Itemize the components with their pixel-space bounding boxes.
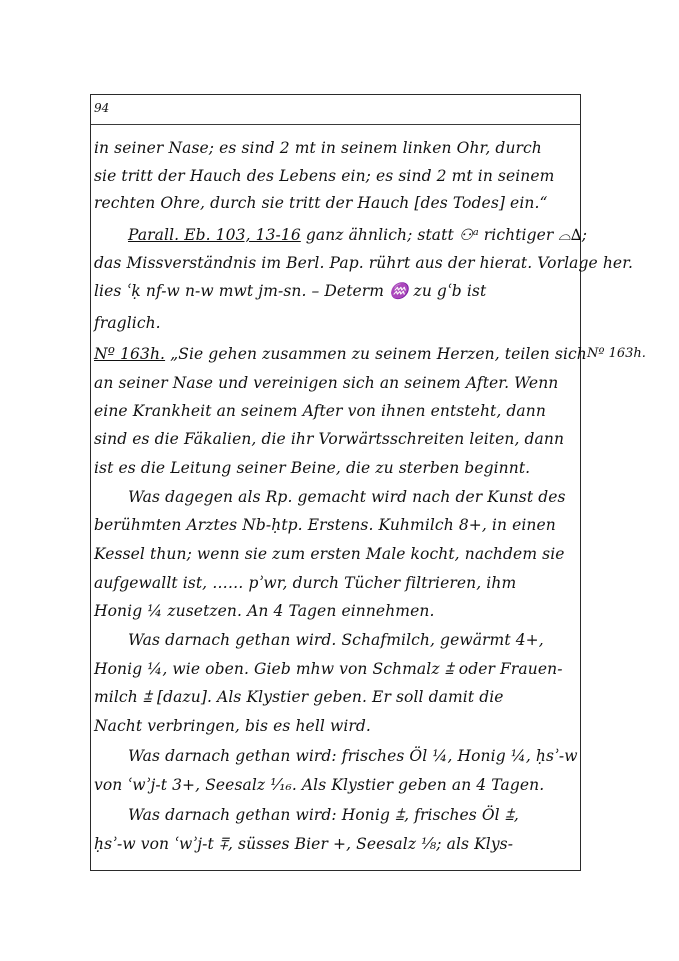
text-line: Was darnach gethan wird. Schafmilch, gew… [128,630,544,650]
text-line: milch ⩲ [dazu]. Als Klystier geben. Er s… [94,687,504,707]
text-line: von ʿwʾj-t 3+, Seesalz ¹⁄₁₆. Als Klystie… [94,775,544,795]
section-number: Nº 163h. [94,345,165,363]
text-line: ist es die Leitung seiner Beine, die zu … [94,458,530,478]
text-line: das Missverständnis im Berl. Pap. rührt … [94,253,633,273]
page-number: 94 [94,101,109,115]
page-header: 94 [91,95,580,125]
text-line: lies ʿḳ nf-w n-w mwt jm-sn. – Determ ♒ … [94,281,486,301]
text-line: rechten Ohre, durch sie tritt der Hauch … [94,193,548,213]
text-line: fraglich. [94,313,161,333]
text-line: eine Krankheit an seinem After von ihnen… [94,401,546,421]
margin-note: Nº 163h. [587,346,646,361]
text-line: Was darnach gethan wird: Honig ⩲, frisch… [128,805,519,825]
text-line: ḥsʾ-w von ʿwʾj-t ⩱, süsses Bier +, Seesa… [94,834,513,854]
text-line: Kessel thun; wenn sie zum ersten Male ko… [94,544,565,564]
text-line: an seiner Nase und vereinigen sich an se… [94,373,558,393]
text-line: Honig ¼, wie oben. Gieb mhw von Schmalz … [94,659,563,679]
text-line: Honig ¼ zusetzen. An 4 Tagen einnehmen. [94,601,434,621]
text-line: sind es die Fäkalien, die ihr Vorwärtssc… [94,429,564,449]
text-line: sie tritt der Hauch des Lebens ein; es s… [94,166,554,186]
parallel-reference: Parall. Eb. 103, 13-16 [128,226,301,244]
text-line: Nacht verbringen, bis es hell wird. [94,716,371,736]
text-line: Was dagegen als Rp. gemacht wird nach de… [128,487,566,507]
text-line: Parall. Eb. 103, 13-16 ganz ähnlich; sta… [128,225,587,245]
text-line: berühmten Arztes Nb-ḥtp. Erstens. Kuhmil… [94,515,556,535]
text-segment: „Sie gehen zusammen zu seinem Herzen, te… [165,345,587,363]
text-line: Was darnach gethan wird: frisches Öl ¼, … [128,746,578,766]
text-line: in seiner Nase; es sind 2 mt in seinem l… [94,138,542,158]
text-line: aufgewallt ist, …… pʾwr, durch Tücher fi… [94,573,516,593]
text-line: Nº 163h. „Sie gehen zusammen zu seinem H… [94,344,587,364]
text-segment: ganz ähnlich; statt ⚇ᵃ richtiger ⌓∆; [301,226,587,244]
